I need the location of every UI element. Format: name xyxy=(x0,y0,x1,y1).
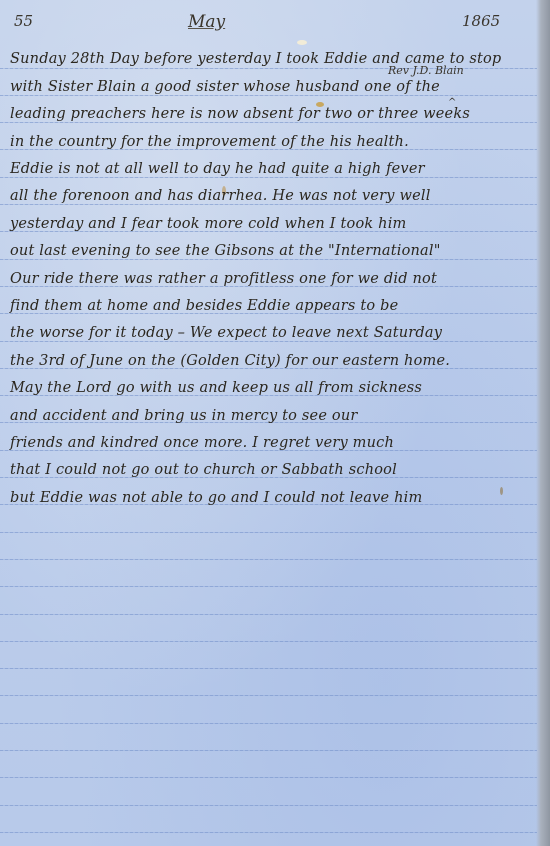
text-line: Our ride there was rather a profitless o… xyxy=(10,270,535,288)
ruled-line xyxy=(0,805,537,806)
text-line: yesterday and I fear took more cold when… xyxy=(10,215,535,233)
text-line: that I could not go out to church or Sab… xyxy=(10,461,535,479)
text-line: in the country for the improvement of th… xyxy=(10,133,535,151)
ruled-line xyxy=(0,586,537,587)
paper-blemish xyxy=(297,40,307,45)
text-line: leading preachers here is now absent for… xyxy=(10,105,535,123)
ruled-line xyxy=(0,532,537,533)
text-line: but Eddie was not able to go and I could… xyxy=(10,489,535,507)
ruled-line xyxy=(0,777,537,778)
text-line: all the forenoon and has diarrhea. He wa… xyxy=(10,187,535,205)
page-number: 55 xyxy=(14,12,33,30)
ruled-line xyxy=(0,614,537,615)
ruled-line xyxy=(0,695,537,696)
ruled-line xyxy=(0,668,537,669)
text-line: find them at home and besides Eddie appe… xyxy=(10,297,535,315)
text-line: out last evening to see the Gibsons at t… xyxy=(10,242,535,260)
text-line: Sunday 28th Day before yesterday I took … xyxy=(10,50,535,68)
text-line: friends and kindred once more. I regret … xyxy=(10,434,535,452)
ruled-line xyxy=(0,832,537,833)
text-line: with Sister Blain a good sister whose hu… xyxy=(10,78,535,96)
page-binding-edge xyxy=(536,0,550,846)
text-line: and accident and bring us in mercy to se… xyxy=(10,407,535,425)
text-line: Eddie is not at all well to day he had q… xyxy=(10,160,535,178)
ruled-line xyxy=(0,559,537,560)
diary-page: 55 May 1865 Rev J.D. Blain ^ Sunday 28th… xyxy=(0,0,550,846)
page-year: 1865 xyxy=(462,12,500,30)
ruled-line xyxy=(0,641,537,642)
ruled-line xyxy=(0,723,537,724)
page-month-heading: May xyxy=(188,12,225,32)
ruled-line xyxy=(0,750,537,751)
text-line: the 3rd of June on the (Golden City) for… xyxy=(10,352,535,370)
text-line: May the Lord go with us and keep us all … xyxy=(10,379,535,397)
text-line: the worse for it today – We expect to le… xyxy=(10,324,535,342)
